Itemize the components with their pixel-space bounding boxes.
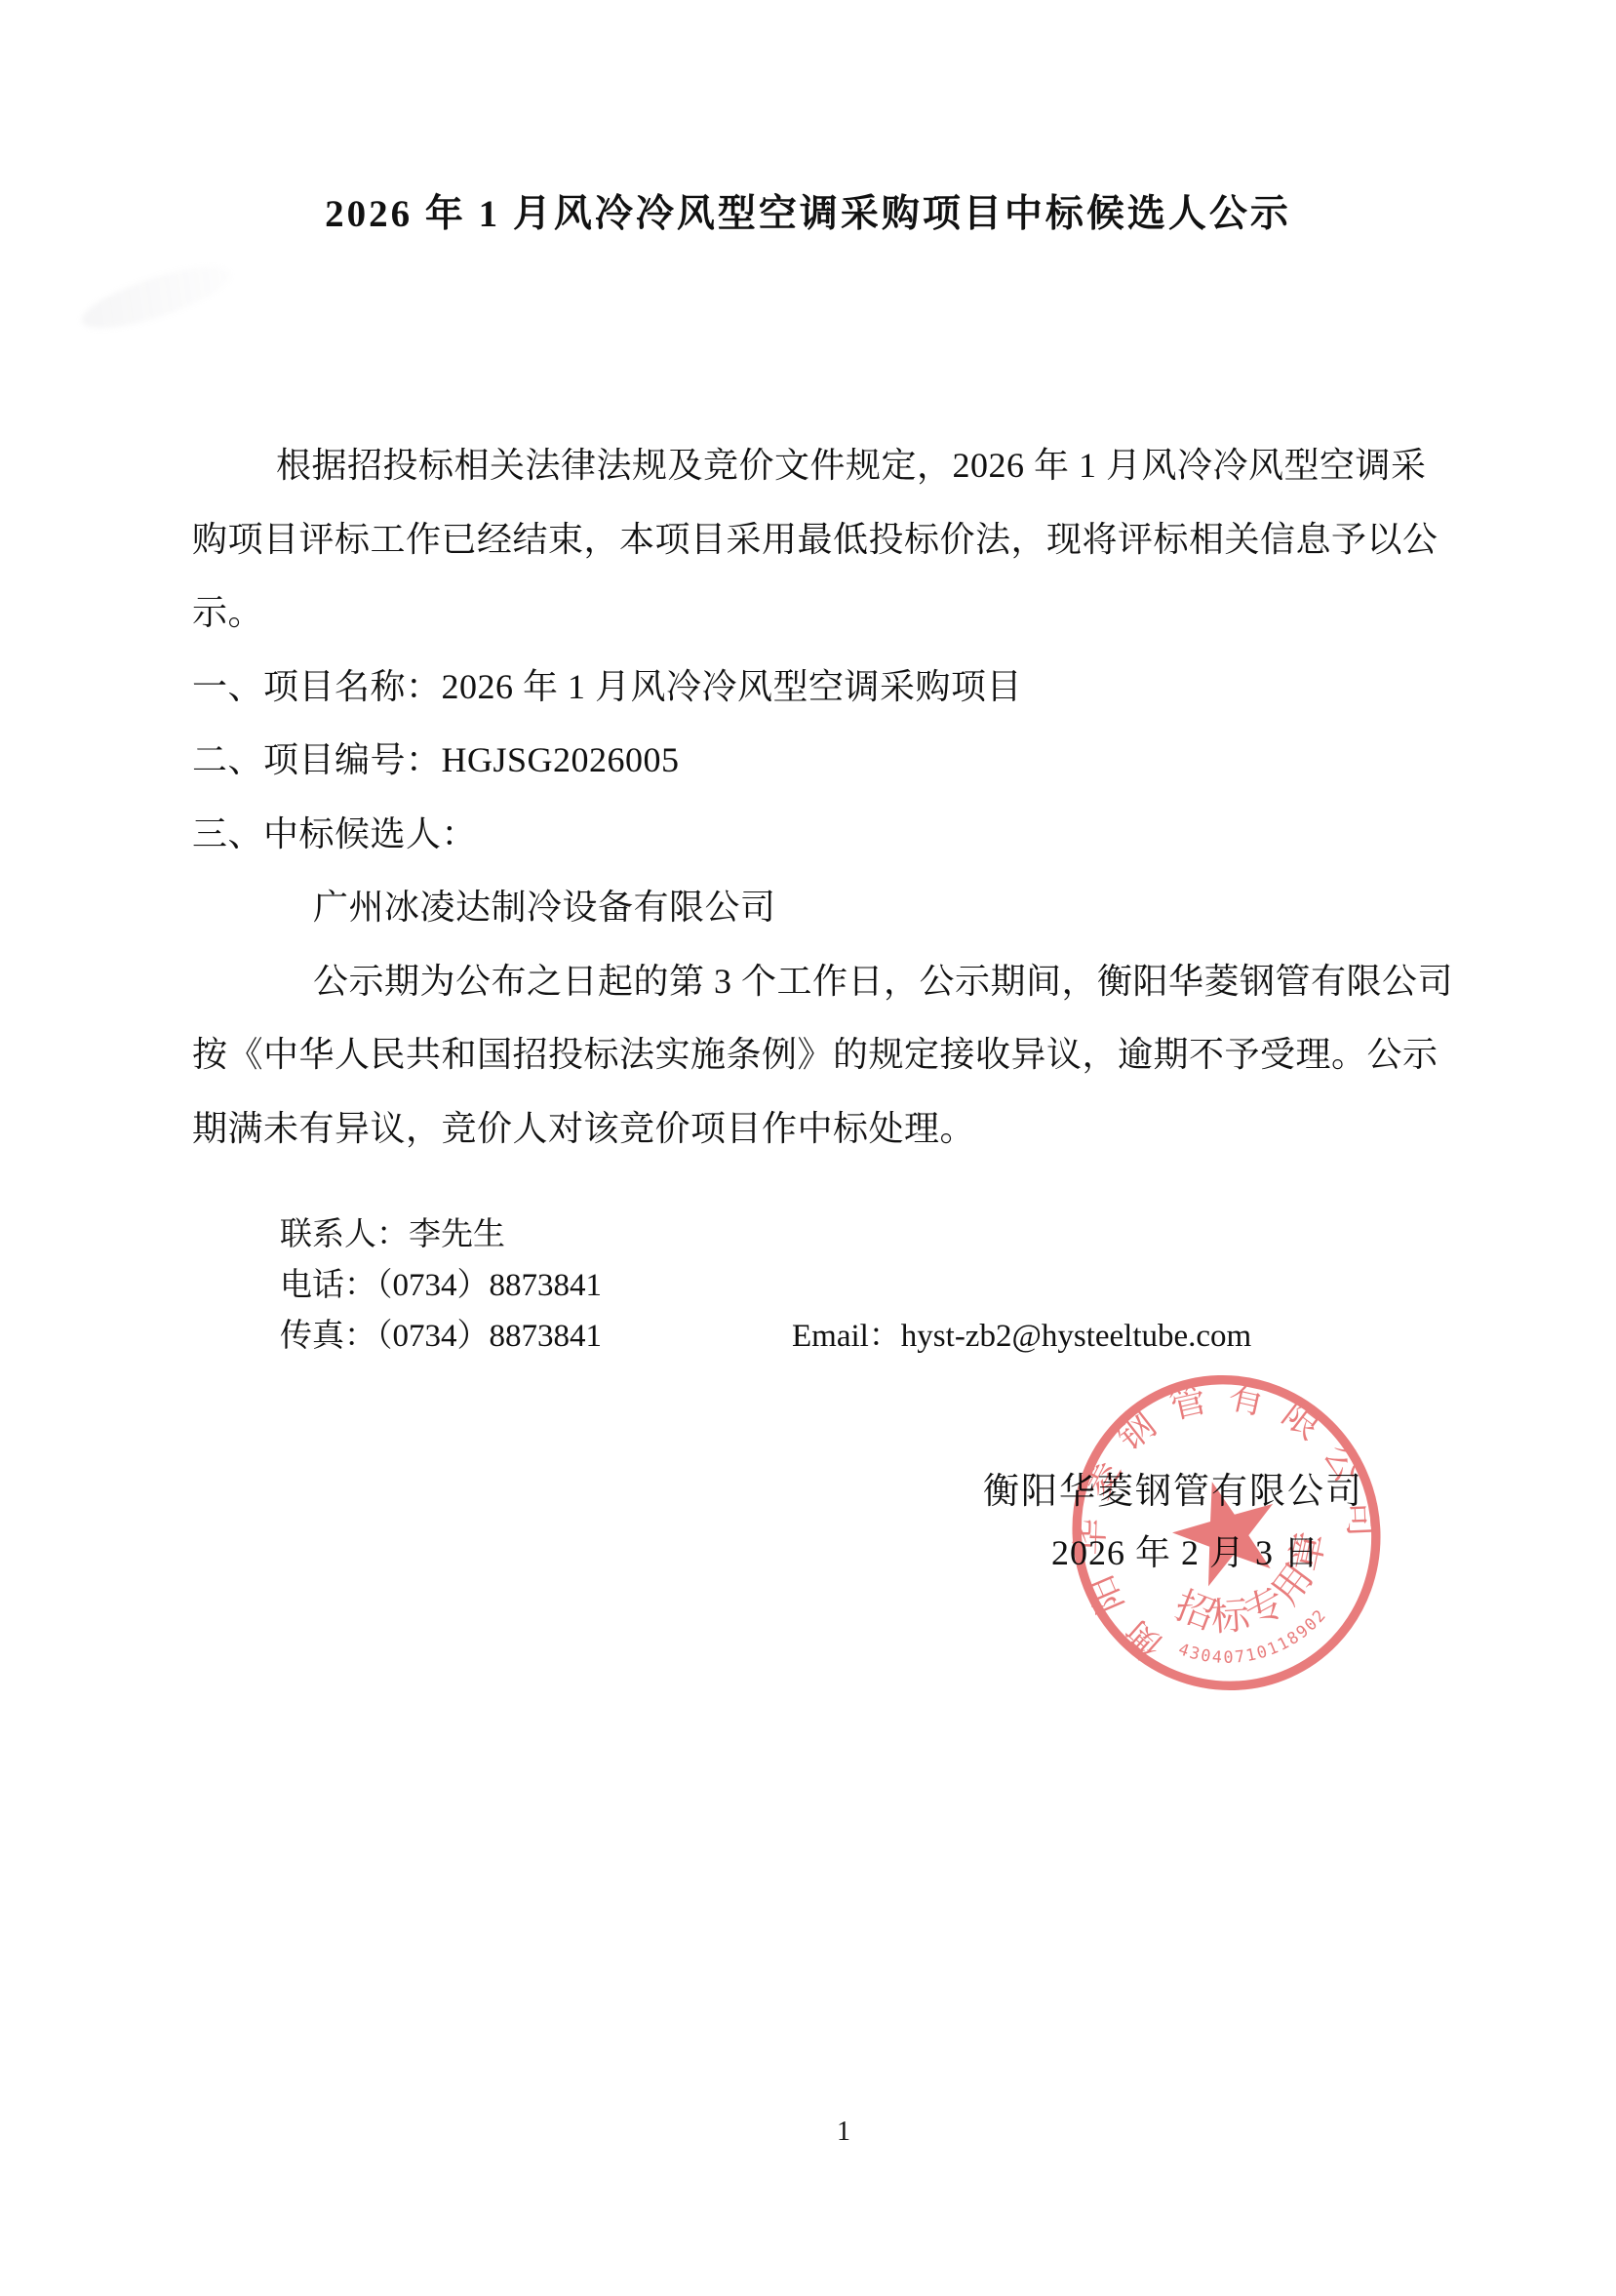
body-line-candidate-heading: 三、中标候选人： — [192, 798, 1460, 872]
contact-block: 联系人：李先生 电话：（0734）8873841 传真：（0734）887384… — [280, 1209, 1450, 1362]
body-line: 公示期为公布之日起的第 3 个工作日，公示期间，衡阳华菱钢管有限公司 — [192, 945, 1460, 1019]
body-line: 根据招投标相关法律法规及竞价文件规定，2026 年 1 月风冷冷风型空调采 — [192, 429, 1460, 503]
body-line-candidate-name: 广州冰凌达制冷设备有限公司 — [192, 871, 1460, 945]
body-line: 期满未有异议，竞价人对该竞价项目作中标处理。 — [192, 1092, 1460, 1167]
page-title: 2026 年 1 月风冷冷风型空调采购项目中标候选人公示 — [0, 183, 1616, 238]
company-seal-stamp: 衡阳华菱钢管有限公司 招标专用章 43040710118902 — [1053, 1359, 1399, 1707]
body-text: 根据招投标相关法律法规及竞价文件规定，2026 年 1 月风冷冷风型空调采 购项… — [192, 429, 1460, 1166]
body-line-project-number: 二、项目编号：HGJSG2026005 — [192, 724, 1460, 798]
body-line: 示。 — [192, 576, 1460, 651]
contact-person: 联系人：李先生 — [280, 1209, 1450, 1260]
scan-artifact — [76, 255, 237, 339]
contact-phone: 电话：（0734）8873841 — [280, 1260, 1450, 1311]
body-line: 按《中华人民共和国招投标法实施条例》的规定接收异议，逾期不予受理。公示 — [192, 1018, 1460, 1092]
body-line: 购项目评标工作已经结束，本项目采用最低投标价法，现将评标相关信息予以公 — [192, 503, 1460, 577]
document-page: 2026 年 1 月风冷冷风型空调采购项目中标候选人公示 根据招投标相关法律法规… — [0, 0, 1616, 2296]
contact-email: Email：hyst-zb2@hysteeltube.com — [792, 1311, 1251, 1362]
page-number: 1 — [837, 2117, 850, 2148]
body-line-project-name: 一、项目名称：2026 年 1 月风冷冷风型空调采购项目 — [192, 651, 1460, 725]
